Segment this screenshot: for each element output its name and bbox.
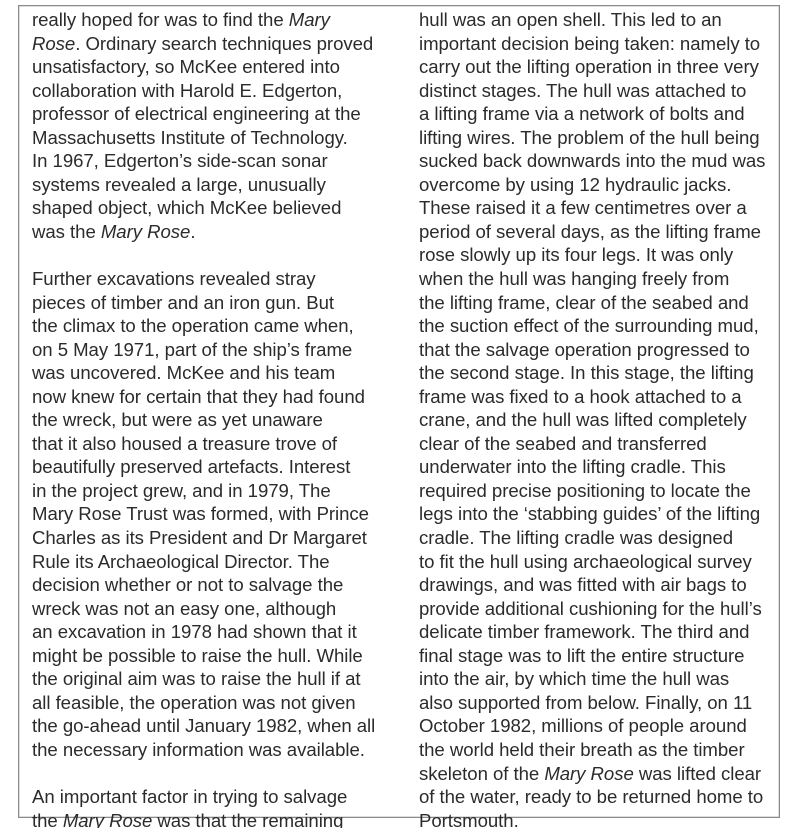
text-line: Charles as its President and Dr Margaret — [32, 526, 407, 550]
text-line: distinct stages. The hull was attached t… — [419, 79, 779, 103]
text-line: An important factor in trying to salvage — [32, 785, 407, 809]
text-line: that it also housed a treasure trove of — [32, 432, 407, 456]
text-line: shaped object, which McKee believed — [32, 196, 407, 220]
text-line: drawings, and was fitted with air bags t… — [419, 573, 779, 597]
left-column: really hoped for was to find the MaryRos… — [32, 8, 407, 828]
text-line: sucked back downwards into the mud was — [419, 149, 779, 173]
paragraph: hull was an open shell. This led to anim… — [419, 8, 779, 828]
text-line: the necessary information was available. — [32, 738, 407, 762]
text-line: professor of electrical engineering at t… — [32, 102, 407, 126]
text-line: beautifully preserved artefacts. Interes… — [32, 455, 407, 479]
text-line: the suction effect of the surrounding mu… — [419, 314, 779, 338]
text-line: the lifting frame, clear of the seabed a… — [419, 291, 779, 315]
text-line: final stage was to lift the entire struc… — [419, 644, 779, 668]
text-line: rose slowly up its four legs. It was onl… — [419, 243, 779, 267]
text-line: the go-ahead until January 1982, when al… — [32, 714, 407, 738]
text-line: now knew for certain that they had found — [32, 385, 407, 409]
text-line: might be possible to raise the hull. Whi… — [32, 644, 407, 668]
text-line: important decision being taken: namely t… — [419, 32, 779, 56]
text-line: hull was an open shell. This led to an — [419, 8, 779, 32]
text-line: period of several days, as the lifting f… — [419, 220, 779, 244]
italic-ship-name: Mary Rose — [101, 221, 190, 242]
text-line: the wreck, but were as yet unaware — [32, 408, 407, 432]
text-line: an excavation in 1978 had shown that it — [32, 620, 407, 644]
text-line: really hoped for was to find the Mary — [32, 8, 407, 32]
paragraph: Further excavations revealed straypieces… — [32, 267, 407, 761]
text-line: Massachusetts Institute of Technology. — [32, 126, 407, 150]
paragraph: really hoped for was to find the MaryRos… — [32, 8, 407, 243]
text-line: Portsmouth. — [419, 809, 779, 828]
text-line: In 1967, Edgerton’s side-scan sonar — [32, 149, 407, 173]
text-line: the original aim was to raise the hull i… — [32, 667, 407, 691]
text-line: was uncovered. McKee and his team — [32, 361, 407, 385]
text-line: Rule its Archaeological Director. The — [32, 550, 407, 574]
italic-ship-name: Mary Rose — [63, 810, 152, 828]
paragraph: An important factor in trying to salvage… — [32, 785, 407, 828]
italic-ship-name: Rose — [32, 33, 75, 54]
text-line: pieces of timber and an iron gun. But — [32, 291, 407, 315]
text-line: October 1982, millions of people around — [419, 714, 779, 738]
text-line: carry out the lifting operation in three… — [419, 55, 779, 79]
text-line: provide additional cushioning for the hu… — [419, 597, 779, 621]
text-line: was the Mary Rose. — [32, 220, 407, 244]
italic-ship-name: Mary — [289, 9, 330, 30]
text-line: systems revealed a large, unusually — [32, 173, 407, 197]
paragraph-gap — [32, 243, 407, 267]
text-line: Mary Rose Trust was formed, with Prince — [32, 502, 407, 526]
text-line: Rose. Ordinary search techniques proved — [32, 32, 407, 56]
text-line: skeleton of the Mary Rose was lifted cle… — [419, 762, 779, 786]
text-line: to fit the hull using archaeological sur… — [419, 550, 779, 574]
text-line: a lifting frame via a network of bolts a… — [419, 102, 779, 126]
text-line: when the hull was hanging freely from — [419, 267, 779, 291]
text-line: decision whether or not to salvage the — [32, 573, 407, 597]
text-line: frame was fixed to a hook attached to a — [419, 385, 779, 409]
text-line: lifting wires. The problem of the hull b… — [419, 126, 779, 150]
paragraph-gap — [32, 762, 407, 786]
text-line: on 5 May 1971, part of the ship’s frame — [32, 338, 407, 362]
text-line: Further excavations revealed stray — [32, 267, 407, 291]
text-line: overcome by using 12 hydraulic jacks. — [419, 173, 779, 197]
text-line: in the project grew, and in 1979, The — [32, 479, 407, 503]
text-line: wreck was not an easy one, although — [32, 597, 407, 621]
text-line: legs into the ‘stabbing guides’ of the l… — [419, 502, 779, 526]
text-line: also supported from below. Finally, on 1… — [419, 691, 779, 715]
text-line: into the air, by which time the hull was — [419, 667, 779, 691]
text-line: underwater into the lifting cradle. This — [419, 455, 779, 479]
text-line: cradle. The lifting cradle was designed — [419, 526, 779, 550]
text-line: crane, and the hull was lifted completel… — [419, 408, 779, 432]
text-line: that the salvage operation progressed to — [419, 338, 779, 362]
text-line: the climax to the operation came when, — [32, 314, 407, 338]
text-line: the Mary Rose was that the remaining — [32, 809, 407, 828]
text-line: required precise positioning to locate t… — [419, 479, 779, 503]
italic-ship-name: Mary Rose — [544, 763, 633, 784]
text-line: of the water, ready to be returned home … — [419, 785, 779, 809]
text-line: unsatisfactory, so McKee entered into — [32, 55, 407, 79]
text-line: collaboration with Harold E. Edgerton, — [32, 79, 407, 103]
text-line: the second stage. In this stage, the lif… — [419, 361, 779, 385]
text-line: delicate timber framework. The third and — [419, 620, 779, 644]
text-line: the world held their breath as the timbe… — [419, 738, 779, 762]
right-column: hull was an open shell. This led to anim… — [419, 8, 779, 828]
text-line: These raised it a few centimetres over a — [419, 196, 779, 220]
text-line: all feasible, the operation was not give… — [32, 691, 407, 715]
text-line: clear of the seabed and transferred — [419, 432, 779, 456]
